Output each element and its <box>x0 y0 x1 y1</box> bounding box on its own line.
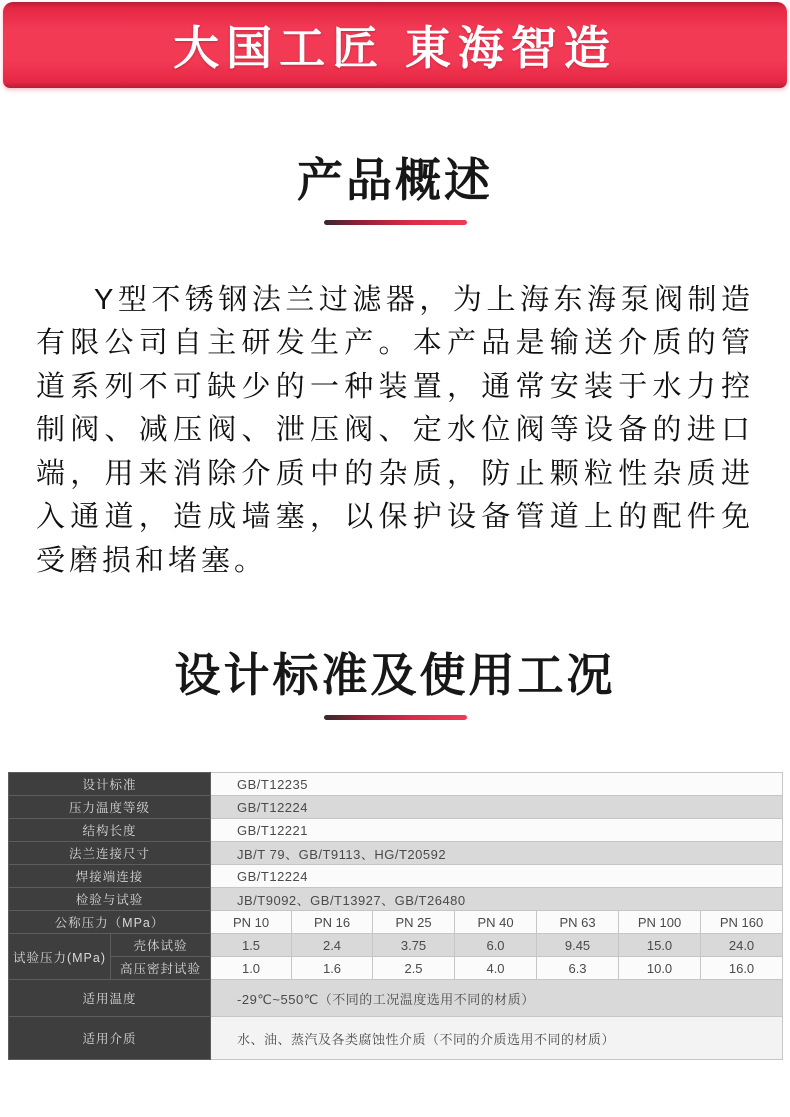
standards-title-underline <box>324 715 467 720</box>
spec-row-media: 适用介质 水、油、蒸汽及各类腐蚀性介质（不同的介质选用不同的材质） <box>9 1017 783 1060</box>
overview-paragraph: Y型不锈钢法兰过滤器，为上海东海泵阀制造有限公司自主研发生产。本产品是输送介质的… <box>36 279 754 584</box>
row-value: GB/T12224 <box>211 796 783 819</box>
spec-table: 设计标准 GB/T12235 压力温度等级 GB/T12224 结构长度 GB/… <box>8 772 783 1060</box>
seal-test-value: 1.0 <box>211 957 292 980</box>
section-overview: 产品概述 Y型不锈钢法兰过滤器，为上海东海泵阀制造有限公司自主研发生产。本产品是… <box>0 154 790 583</box>
shell-test-value: 9.45 <box>537 934 619 957</box>
spec-row-nominal-pressure: 公称压力（MPa） PN 10 PN 16 PN 25 PN 40 PN 63 … <box>9 911 783 934</box>
pn-col-header: PN 63 <box>537 911 619 934</box>
shell-test-value: 1.5 <box>211 934 292 957</box>
seal-test-value: 16.0 <box>701 957 783 980</box>
shell-test-value: 24.0 <box>701 934 783 957</box>
row-label: 法兰连接尺寸 <box>9 842 211 865</box>
row-label: 适用温度 <box>9 980 211 1017</box>
spec-row-shell-test: 试验压力(MPa) 壳体试验 1.5 2.4 3.75 6.0 9.45 15.… <box>9 934 783 957</box>
shell-test-value: 2.4 <box>292 934 373 957</box>
pn-col-header: PN 25 <box>373 911 455 934</box>
row-value: JB/T9092、GB/T13927、GB/T26480 <box>211 888 783 911</box>
row-label: 适用介质 <box>9 1017 211 1060</box>
spec-row-temperature: 适用温度 -29℃~550℃（不同的工况温度选用不同的材质） <box>9 980 783 1017</box>
row-label: 结构长度 <box>9 819 211 842</box>
pn-col-header: PN 100 <box>619 911 701 934</box>
row-sublabel: 壳体试验 <box>111 934 211 957</box>
shell-test-value: 6.0 <box>455 934 537 957</box>
top-banner: 大国工匠 東海智造 <box>3 2 787 88</box>
spec-row-structure-length: 结构长度 GB/T12221 <box>9 819 783 842</box>
pn-col-header: PN 10 <box>211 911 292 934</box>
shell-test-value: 3.75 <box>373 934 455 957</box>
overview-title: 产品概述 <box>0 154 790 207</box>
row-label: 焊接端连接 <box>9 865 211 888</box>
row-label: 检验与试验 <box>9 888 211 911</box>
row-value: 水、油、蒸汽及各类腐蚀性介质（不同的介质选用不同的材质） <box>211 1017 783 1060</box>
spec-row-seal-test: 高压密封试验 1.0 1.6 2.5 4.0 6.3 10.0 16.0 <box>9 957 783 980</box>
test-pressure-group-label: 试验压力(MPa) <box>9 934 111 980</box>
overview-title-underline <box>324 220 467 225</box>
shell-test-value: 15.0 <box>619 934 701 957</box>
spec-row-weld-end: 焊接端连接 GB/T12224 <box>9 865 783 888</box>
seal-test-value: 4.0 <box>455 957 537 980</box>
seal-test-value: 2.5 <box>373 957 455 980</box>
row-label: 设计标准 <box>9 773 211 796</box>
row-sublabel: 高压密封试验 <box>111 957 211 980</box>
seal-test-value: 6.3 <box>537 957 619 980</box>
spec-row-design-standard: 设计标准 GB/T12235 <box>9 773 783 796</box>
seal-test-value: 1.6 <box>292 957 373 980</box>
row-value: GB/T12221 <box>211 819 783 842</box>
row-value: JB/T 79、GB/T9113、HG/T20592 <box>211 842 783 865</box>
spec-row-inspection-test: 检验与试验 JB/T9092、GB/T13927、GB/T26480 <box>9 888 783 911</box>
section-standards: 设计标准及使用工况 <box>0 649 790 720</box>
banner-title: 大国工匠 東海智造 <box>173 12 617 78</box>
row-value: -29℃~550℃（不同的工况温度选用不同的材质） <box>211 980 783 1017</box>
spec-row-flange-dims: 法兰连接尺寸 JB/T 79、GB/T9113、HG/T20592 <box>9 842 783 865</box>
pn-col-header: PN 40 <box>455 911 537 934</box>
seal-test-value: 10.0 <box>619 957 701 980</box>
row-label: 压力温度等级 <box>9 796 211 819</box>
pn-col-header: PN 160 <box>701 911 783 934</box>
spec-row-pressure-temp-class: 压力温度等级 GB/T12224 <box>9 796 783 819</box>
pn-col-header: PN 16 <box>292 911 373 934</box>
standards-title: 设计标准及使用工况 <box>0 649 790 702</box>
page-root: 大国工匠 東海智造 产品概述 Y型不锈钢法兰过滤器，为上海东海泵阀制造有限公司自… <box>0 2 790 1060</box>
row-value: GB/T12235 <box>211 773 783 796</box>
row-value: GB/T12224 <box>211 865 783 888</box>
row-label: 公称压力（MPa） <box>9 911 211 934</box>
